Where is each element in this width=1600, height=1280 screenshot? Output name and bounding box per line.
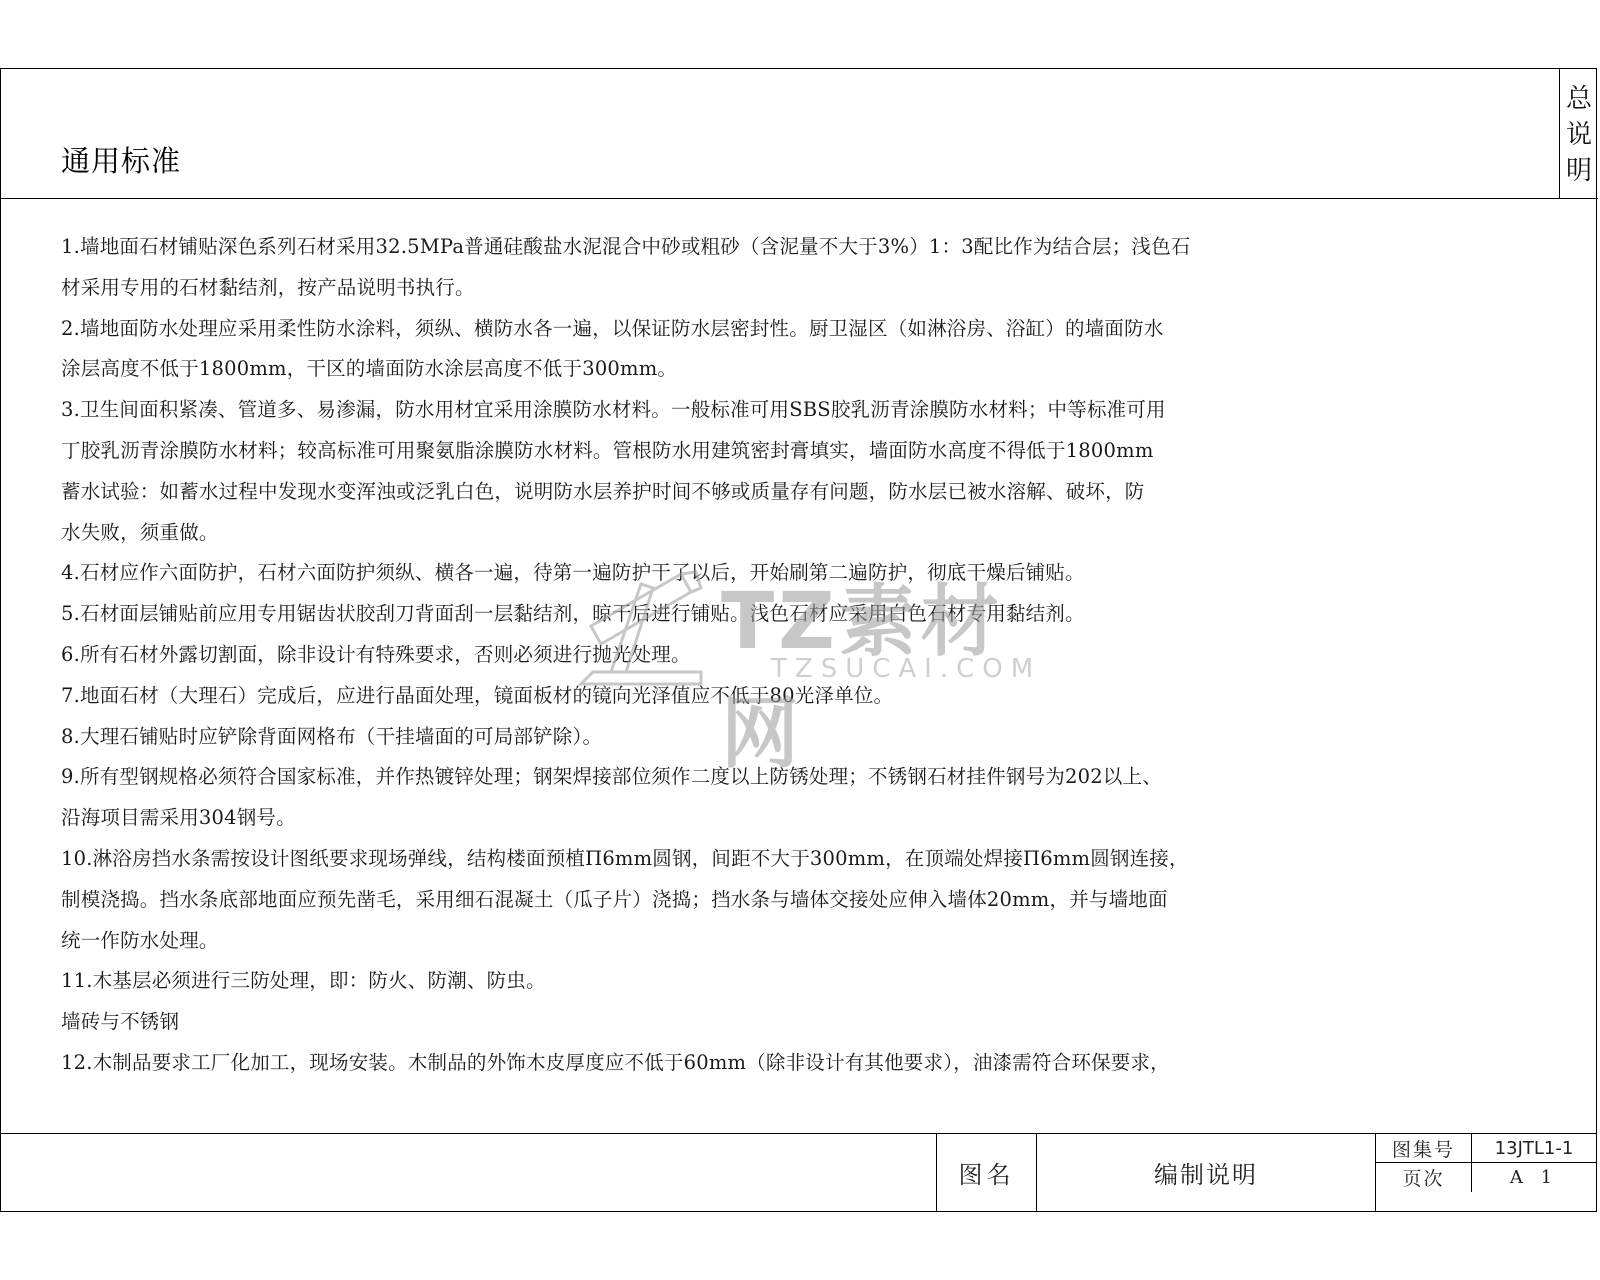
atlas-number: 13JTL1-1 [1472,1134,1596,1162]
side-label-char: 说 [1566,117,1592,153]
page-label: 页次 [1376,1163,1472,1192]
text-line: 沿海项目需采用304钢号。 [61,798,1461,839]
text-line: 蓄水试验：如蓄水过程中发现水变浑浊或泛乳白色，说明防水层养护时间不够或质量存有问… [61,472,1461,513]
drawing-name-label: 图名 [937,1134,1037,1211]
text-line: 7.地面石材（大理石）完成后，应进行晶面处理，镜面板材的镜向光泽值应不低于80光… [61,676,1461,717]
text-line: 6.所有石材外露切割面，除非设计有特殊要求，否则必须进行抛光处理。 [61,635,1461,676]
page-title: 通用标准 [61,139,181,180]
page-row: 页次 A 1 [1376,1163,1596,1192]
text-line: 材采用专用的石材黏结剂，按产品说明书执行。 [61,268,1461,309]
drawing-name: 编制说明 [1037,1134,1376,1211]
text-line: 丁胶乳沥青涂膜防水材料；较高标准可用聚氨脂涂膜防水材料。管根防水用建筑密封膏填实… [61,431,1461,472]
text-line: 制模浇捣。挡水条底部地面应预先凿毛，采用细石混凝土（瓜子片）浇捣；挡水条与墙体交… [61,880,1461,921]
side-label-char: 明 [1566,153,1592,189]
text-line: 8.大理石铺贴时应铲除背面网格布（干挂墙面的可局部铲除）。 [61,717,1461,758]
side-label-char: 总 [1566,81,1592,117]
side-category-label: 总 说 明 [1559,69,1598,199]
atlas-number-row: 图集号 13JTL1-1 [1376,1134,1596,1163]
text-line: 水失败，须重做。 [61,513,1461,554]
drawing-sheet: 通用标准 总 说 明 1.墙地面石材铺贴深色系列石材采用32.5MPa普通硅酸盐… [0,68,1597,1212]
sheet-header: 通用标准 [1,69,1559,199]
text-line: 11.木基层必须进行三防处理，即：防火、防潮、防虫。 [61,961,1461,1002]
page-number: A 1 [1472,1163,1596,1192]
text-line: 统一作防水处理。 [61,921,1461,962]
text-line: 4.石材应作六面防护，石材六面防护须纵、横各一遍，待第一遍防护干了以后，开始刷第… [61,553,1461,594]
text-line: 1.墙地面石材铺贴深色系列石材采用32.5MPa普通硅酸盐水泥混合中砂或粗砂（含… [61,227,1461,268]
text-line: 9.所有型钢规格必须符合国家标准，并作热镀锌处理；钢架焊接部位须作二度以上防锈处… [61,757,1461,798]
text-line: 涂层高度不低于1800mm，干区的墙面防水涂层高度不低于300mm。 [61,349,1461,390]
title-block-blank [1,1134,937,1211]
text-line: 2.墙地面防水处理应采用柔性防水涂料，须纵、横防水各一遍，以保证防水层密封性。厨… [61,309,1461,350]
text-line: 3.卫生间面积紧凑、管道多、易渗漏，防水用材宜采用涂膜防水材料。一般标准可用SB… [61,390,1461,431]
specification-text: 1.墙地面石材铺贴深色系列石材采用32.5MPa普通硅酸盐水泥混合中砂或粗砂（含… [61,227,1461,1084]
title-block-grid: 图集号 13JTL1-1 页次 A 1 [1376,1134,1596,1211]
text-line: 10.淋浴房挡水条需按设计图纸要求现场弹线，结构楼面预植Π6mm圆钢，间距不大于… [61,839,1461,880]
title-block: 图名 编制说明 图集号 13JTL1-1 页次 A 1 [1,1133,1596,1211]
text-line: 5.石材面层铺贴前应用专用锯齿状胶刮刀背面刮一层黏结剂，晾干后进行铺贴。浅色石材… [61,594,1461,635]
text-line: 12.木制品要求工厂化加工，现场安装。木制品的外饰木皮厚度应不低于60mm（除非… [61,1043,1461,1084]
atlas-number-label: 图集号 [1376,1134,1472,1162]
section-subheading: 墙砖与不锈钢 [61,1002,1461,1043]
